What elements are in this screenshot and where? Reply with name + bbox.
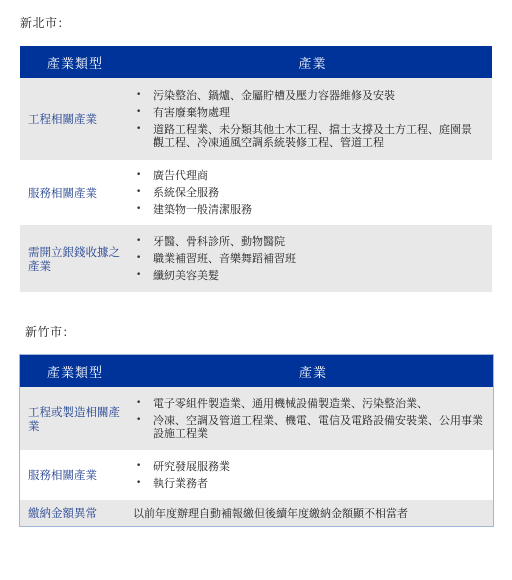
list-item: 冷凍、空調及管道工程業、機電、電信及電路設備安裝業、公用事業設施工程業 — [133, 414, 483, 440]
industry-type-cell: 服務相關產業 — [20, 160, 133, 225]
header-industry: 產業 — [133, 355, 494, 388]
list-item: 系統保全服務 — [133, 186, 482, 199]
section-title-new-taipei: 新北市： — [20, 14, 70, 31]
list-item: 道路工程業、未分類其他土木工程、擋土支撐及土方工程、庭園景觀工程、冷凍通風空調系… — [133, 123, 482, 149]
list-item: 建築物一般清潔服務 — [133, 203, 482, 216]
table-row: 服務相關產業 廣告代理商 系統保全服務 建築物一般清潔服務 — [20, 160, 492, 225]
industry-type-cell: 服務相關產業 — [20, 450, 134, 500]
table-header-row: 產業類型 產業 — [20, 46, 492, 78]
industry-cell: 污染整治、鍋爐、金屬貯槽及壓力容器維修及安裝 有害廢棄物處理 道路工程業、未分類… — [133, 78, 492, 160]
header-industry-type: 產業類型 — [20, 46, 133, 78]
industry-type-cell: 工程或製造相關產業 — [20, 387, 134, 450]
section-title-hsinchu: 新竹市： — [25, 323, 75, 340]
industry-table-new-taipei: 產業類型 產業 工程相關產業 污染整治、鍋爐、金屬貯槽及壓力容器維修及安裝 有害… — [20, 46, 492, 292]
list-item: 纖紉美容美髮 — [133, 269, 482, 282]
header-industry: 產業 — [133, 46, 492, 78]
table-row: 需開立銀錢收據之產業 牙醫、骨科診所、動物醫院 職業補習班、音樂舞蹈補習班 纖紉… — [20, 225, 492, 292]
list-item: 廣告代理商 — [133, 169, 482, 182]
industry-list: 研究發展服務業 執行業務者 — [133, 460, 493, 490]
industry-cell: 電子零組件製造業、通用機械設備製造業、污染整治業、 冷凍、空調及管道工程業、機電… — [133, 387, 494, 450]
industry-table-hsinchu: 產業類型 產業 工程或製造相關產業 電子零組件製造業、通用機械設備製造業、污染整… — [19, 354, 494, 527]
industry-type-cell: 繳納金額異常 — [20, 500, 134, 527]
industry-list: 廣告代理商 系統保全服務 建築物一般清潔服務 — [133, 169, 492, 216]
list-item: 有害廢棄物處理 — [133, 106, 482, 119]
list-item: 污染整治、鍋爐、金屬貯槽及壓力容器維修及安裝 — [133, 89, 482, 102]
list-item: 執行業務者 — [133, 477, 483, 490]
list-item: 牙醫、骨科診所、動物醫院 — [133, 235, 482, 248]
table-row: 工程或製造相關產業 電子零組件製造業、通用機械設備製造業、污染整治業、 冷凍、空… — [20, 387, 494, 450]
table-row: 服務相關產業 研究發展服務業 執行業務者 — [20, 450, 494, 500]
table-row: 工程相關產業 污染整治、鍋爐、金屬貯槽及壓力容器維修及安裝 有害廢棄物處理 道路… — [20, 78, 492, 160]
industry-cell: 廣告代理商 系統保全服務 建築物一般清潔服務 — [133, 160, 492, 225]
industry-cell: 牙醫、骨科診所、動物醫院 職業補習班、音樂舞蹈補習班 纖紉美容美髮 — [133, 225, 492, 292]
list-item: 研究發展服務業 — [133, 460, 483, 473]
list-item: 職業補習班、音樂舞蹈補習班 — [133, 252, 482, 265]
industry-list: 電子零組件製造業、通用機械設備製造業、污染整治業、 冷凍、空調及管道工程業、機電… — [133, 397, 493, 440]
industry-list: 污染整治、鍋爐、金屬貯槽及壓力容器維修及安裝 有害廢棄物處理 道路工程業、未分類… — [133, 89, 492, 149]
industry-type-cell: 工程相關產業 — [20, 78, 133, 160]
industry-list: 牙醫、骨科診所、動物醫院 職業補習班、音樂舞蹈補習班 纖紉美容美髮 — [133, 235, 492, 282]
header-industry-type: 產業類型 — [20, 355, 134, 388]
table-header-row: 產業類型 產業 — [20, 355, 494, 388]
list-item: 電子零組件製造業、通用機械設備製造業、污染整治業、 — [133, 397, 483, 410]
industry-cell: 研究發展服務業 執行業務者 — [133, 450, 494, 500]
industry-cell: 以前年度辦理自動補報繳但後續年度繳納金額顯不相當者 — [133, 500, 494, 527]
industry-type-cell: 需開立銀錢收據之產業 — [20, 225, 133, 292]
table-row: 繳納金額異常 以前年度辦理自動補報繳但後續年度繳納金額顯不相當者 — [20, 500, 494, 527]
